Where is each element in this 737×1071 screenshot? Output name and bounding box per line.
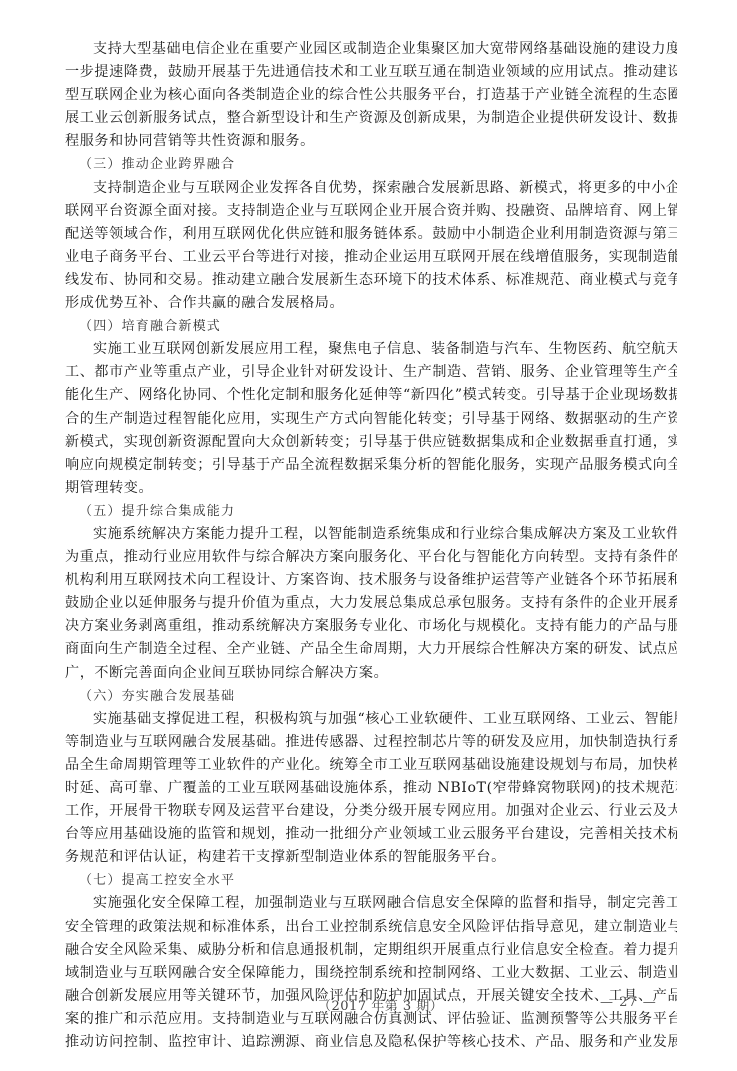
text-line: 实施基础支撑促进工程，积极构筑与加强“核心工业软硬件、工业互联网络、工业云、智能… [65, 708, 677, 731]
section-heading: （七）提高工控安全水平 [65, 869, 677, 892]
section-heading: （四）培育融合新模式 [65, 315, 677, 338]
text-line: 推动访问控制、监控审计、追踪溯源、商业信息及隐私保护等核心技术、产品、服务和产业… [65, 1031, 677, 1054]
text-line: 时延、高可靠、广覆盖的工业互联网基础设施体系，推动 NBIoT(窄带蜂窝物联网)… [65, 777, 677, 800]
text-line: 实施工业互联网创新发展应用工程，聚焦电子信息、装备制造与汽车、生物医药、航空航天… [65, 338, 677, 361]
body-paragraph: 支持制造企业与互联网企业发挥各自优势，探索融合发展新思路、新模式，将更多的中小企… [65, 177, 677, 316]
text-line: 决方案业务剥离重组，推动系统解决方案服务专业化、市场化与规模化。支持有能力的产品… [65, 615, 677, 638]
text-line: 型互联网企业为核心面向各类制造企业的综合性公共服务平台，打造基于产业链全流程的生… [65, 84, 677, 107]
text-line: 广，不断完善面向企业间互联协同综合解决方案。 [65, 662, 677, 685]
body-paragraph: 支持大型基础电信企业在重要产业园区或制造企业集聚区加大宽带网络基础设施的建设力度… [65, 38, 677, 153]
body-paragraph: 实施基础支撑促进工程，积极构筑与加强“核心工业软硬件、工业互联网络、工业云、智能… [65, 708, 677, 870]
page-footer: （2017 年第 3 期） — 27 — [0, 995, 737, 1015]
text-line: 工、都市产业等重点产业，引导企业针对研发设计、生产制造、营销、服务、企业管理等生… [65, 361, 677, 384]
text-line: 线发布、协同和交易。推动建立融合发展新生态环境下的技术体系、标准规范、商业模式与… [65, 269, 677, 292]
text-line: 能化生产、网络化协同、个性化定制和服务化延伸等“新四化”模式转变。引导基于企业现… [65, 384, 677, 407]
text-line: 等制造业与互联网融合发展基础。推进传感器、过程控制芯片等的研发及应用，加快制造执… [65, 731, 677, 754]
text-line: 实施系统解决方案能力提升工程，以智能制造系统集成和行业综合集成解决方案及工业软件… [65, 523, 677, 546]
text-line: 新模式，实现创新资源配置向大众创新转变；引导基于供应链数据集成和企业数据垂直打通… [65, 431, 677, 454]
text-line: 商面向生产制造全过程、全产业链、产品全生命周期，大力开展综合性解决方案的研发、试… [65, 638, 677, 661]
document-page: 支持大型基础电信企业在重要产业园区或制造企业集聚区加大宽带网络基础设施的建设力度… [65, 38, 677, 1054]
text-line: 联网平台资源全面对接。支持制造企业与互联网企业开展合资并购、投融资、品牌培育、网… [65, 200, 677, 223]
text-line: 配送等领域合作，利用互联网优化供应链和服务链体系。鼓励中小制造企业利用制造资源与… [65, 223, 677, 246]
text-line: 一步提速降费，鼓励开展基于先进通信技术和工业互联互通在制造业领域的应用试点。推动… [65, 61, 677, 84]
text-line: 工作，开展骨干物联专网及运营平台建设，分类分级开展专网应用。加强对企业云、行业云… [65, 800, 677, 823]
issue-label: （2017 年第 3 期） [318, 995, 443, 1014]
text-line: 为重点，推动行业应用软件与综合解决方案向服务化、平台化与智能化方向转型。支持有条… [65, 546, 677, 569]
text-line: 期管理转变。 [65, 477, 677, 500]
text-line: 形成优势互补、合作共赢的融合发展格局。 [65, 292, 677, 315]
text-line: 品全生命周期管理等工业软件的产业化。统筹全市工业互联网基础设施建设规划与布局，加… [65, 754, 677, 777]
text-line: 合的生产制造过程智能化应用，实现生产方式向智能化转变；引导基于网络、数据驱动的生… [65, 408, 677, 431]
section-heading: （三）推动企业跨界融合 [65, 153, 677, 176]
text-line: 安全管理的政策法规和标准体系，出台工业控制系统信息安全风险评估指导意见，建立制造… [65, 916, 677, 939]
text-line: 域制造业与互联网融合安全保障能力，围绕控制系统和控制网络、工业大数据、工业云、制… [65, 962, 677, 985]
body-paragraph: 实施工业互联网创新发展应用工程，聚焦电子信息、装备制造与汽车、生物医药、航空航天… [65, 338, 677, 500]
body-paragraph: 实施强化安全保障工程，加强制造业与互联网融合信息安全保障的监督和指导，制定完善工… [65, 892, 677, 1054]
text-line: 程服务和协同营销等共性资源和服务。 [65, 130, 677, 153]
text-line: 展工业云创新服务试点，整合新型设计和生产资源及创新成果，为制造企业提供研发设计、… [65, 107, 677, 130]
text-line: 支持大型基础电信企业在重要产业园区或制造企业集聚区加大宽带网络基础设施的建设力度… [65, 38, 677, 61]
text-line: 台等应用基础设施的监管和规划，推动一批细分产业领域工业云服务平台建设，完善相关技… [65, 823, 677, 846]
text-line: 融合安全风险采集、威胁分析和信息通报机制，定期组织开展重点行业信息安全检查。着力… [65, 939, 677, 962]
section-heading: （五）提升综合集成能力 [65, 500, 677, 523]
text-line: 响应向规模定制转变；引导基于产品全流程数据采集分析的智能化服务，实现产品服务模式… [65, 454, 677, 477]
page-number: — 27 — [600, 995, 657, 1010]
body-paragraph: 实施系统解决方案能力提升工程，以智能制造系统集成和行业综合集成解决方案及工业软件… [65, 523, 677, 685]
text-line: 实施强化安全保障工程，加强制造业与互联网融合信息安全保障的监督和指导，制定完善工… [65, 892, 677, 915]
text-line: 鼓励企业以延伸服务与提升价值为重点，大力发展总集成总承包服务。支持有条件的企业开… [65, 592, 677, 615]
text-line: 业电子商务平台、工业云平台等进行对接，推动企业运用互联网开展在线增值服务，实现制… [65, 246, 677, 269]
text-line: 支持制造企业与互联网企业发挥各自优势，探索融合发展新思路、新模式，将更多的中小企… [65, 177, 677, 200]
section-heading: （六）夯实融合发展基础 [65, 685, 677, 708]
text-line: 机构利用互联网技术向工程设计、方案咨询、技术服务与设备维护运营等产业链各个环节拓… [65, 569, 677, 592]
text-line: 务规范和评估认证，构建若干支撑新型制造业体系的智能服务平台。 [65, 846, 677, 869]
